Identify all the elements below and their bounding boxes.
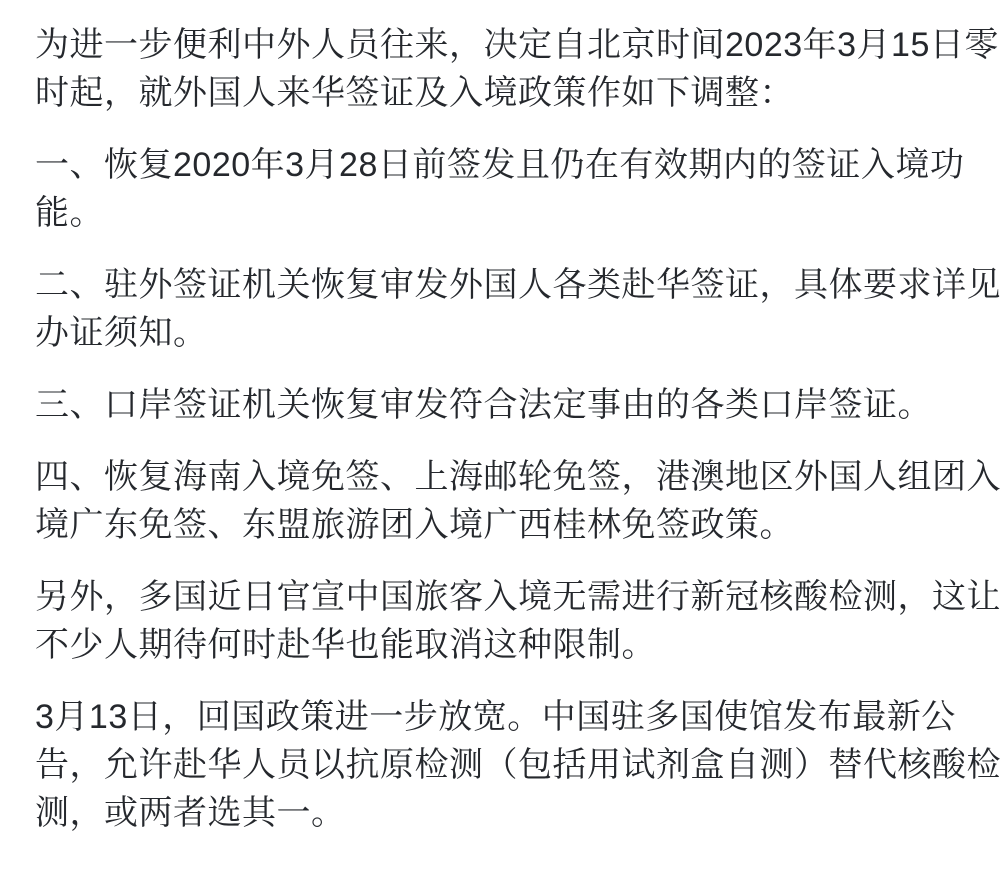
text-line: 时起，就外国人来华签证及入境政策作如下调整： xyxy=(35,69,966,117)
article-body: 为进一步便利中外人员往来，决定自北京时间2023年3月15日零 时起，就外国人来… xyxy=(0,0,1000,837)
paragraph-item-3: 三、口岸签证机关恢复审发符合法定事由的各类口岸签证。 xyxy=(35,381,966,429)
text-line: 办证须知。 xyxy=(35,309,966,357)
paragraph-item-1: 一、恢复2020年3月28日前签发且仍在有效期内的签证入境功 能。 xyxy=(35,141,966,237)
paragraph-update: 3月13日，回国政策进一步放宽。中国驻多国使馆发布最新公 告，允许赴华人员以抗原… xyxy=(35,693,966,837)
paragraph-intro: 为进一步便利中外人员往来，决定自北京时间2023年3月15日零 时起，就外国人来… xyxy=(35,21,966,117)
text-line: 为进一步便利中外人员往来，决定自北京时间2023年3月15日零 xyxy=(35,21,966,69)
text-line: 能。 xyxy=(35,189,966,237)
paragraph-item-2: 二、驻外签证机关恢复审发外国人各类赴华签证，具体要求详见 办证须知。 xyxy=(35,261,966,357)
text-line: 一、恢复2020年3月28日前签发且仍在有效期内的签证入境功 xyxy=(35,141,966,189)
text-line: 四、恢复海南入境免签、上海邮轮免签，港澳地区外国人组团入 xyxy=(35,453,966,501)
text-line: 不少人期待何时赴华也能取消这种限制。 xyxy=(35,621,966,669)
text-line: 告，允许赴华人员以抗原检测（包括用试剂盒自测）替代核酸检 xyxy=(35,741,966,789)
text-line: 三、口岸签证机关恢复审发符合法定事由的各类口岸签证。 xyxy=(35,381,966,429)
text-line: 3月13日，回国政策进一步放宽。中国驻多国使馆发布最新公 xyxy=(35,693,966,741)
text-line: 二、驻外签证机关恢复审发外国人各类赴华签证，具体要求详见 xyxy=(35,261,966,309)
text-line: 境广东免签、东盟旅游团入境广西桂林免签政策。 xyxy=(35,501,966,549)
paragraph-note: 另外，多国近日官宣中国旅客入境无需进行新冠核酸检测，这让 不少人期待何时赴华也能… xyxy=(35,573,966,669)
paragraph-item-4: 四、恢复海南入境免签、上海邮轮免签，港澳地区外国人组团入 境广东免签、东盟旅游团… xyxy=(35,453,966,549)
text-line: 另外，多国近日官宣中国旅客入境无需进行新冠核酸检测，这让 xyxy=(35,573,966,621)
text-line: 测，或两者选其一。 xyxy=(35,789,966,837)
